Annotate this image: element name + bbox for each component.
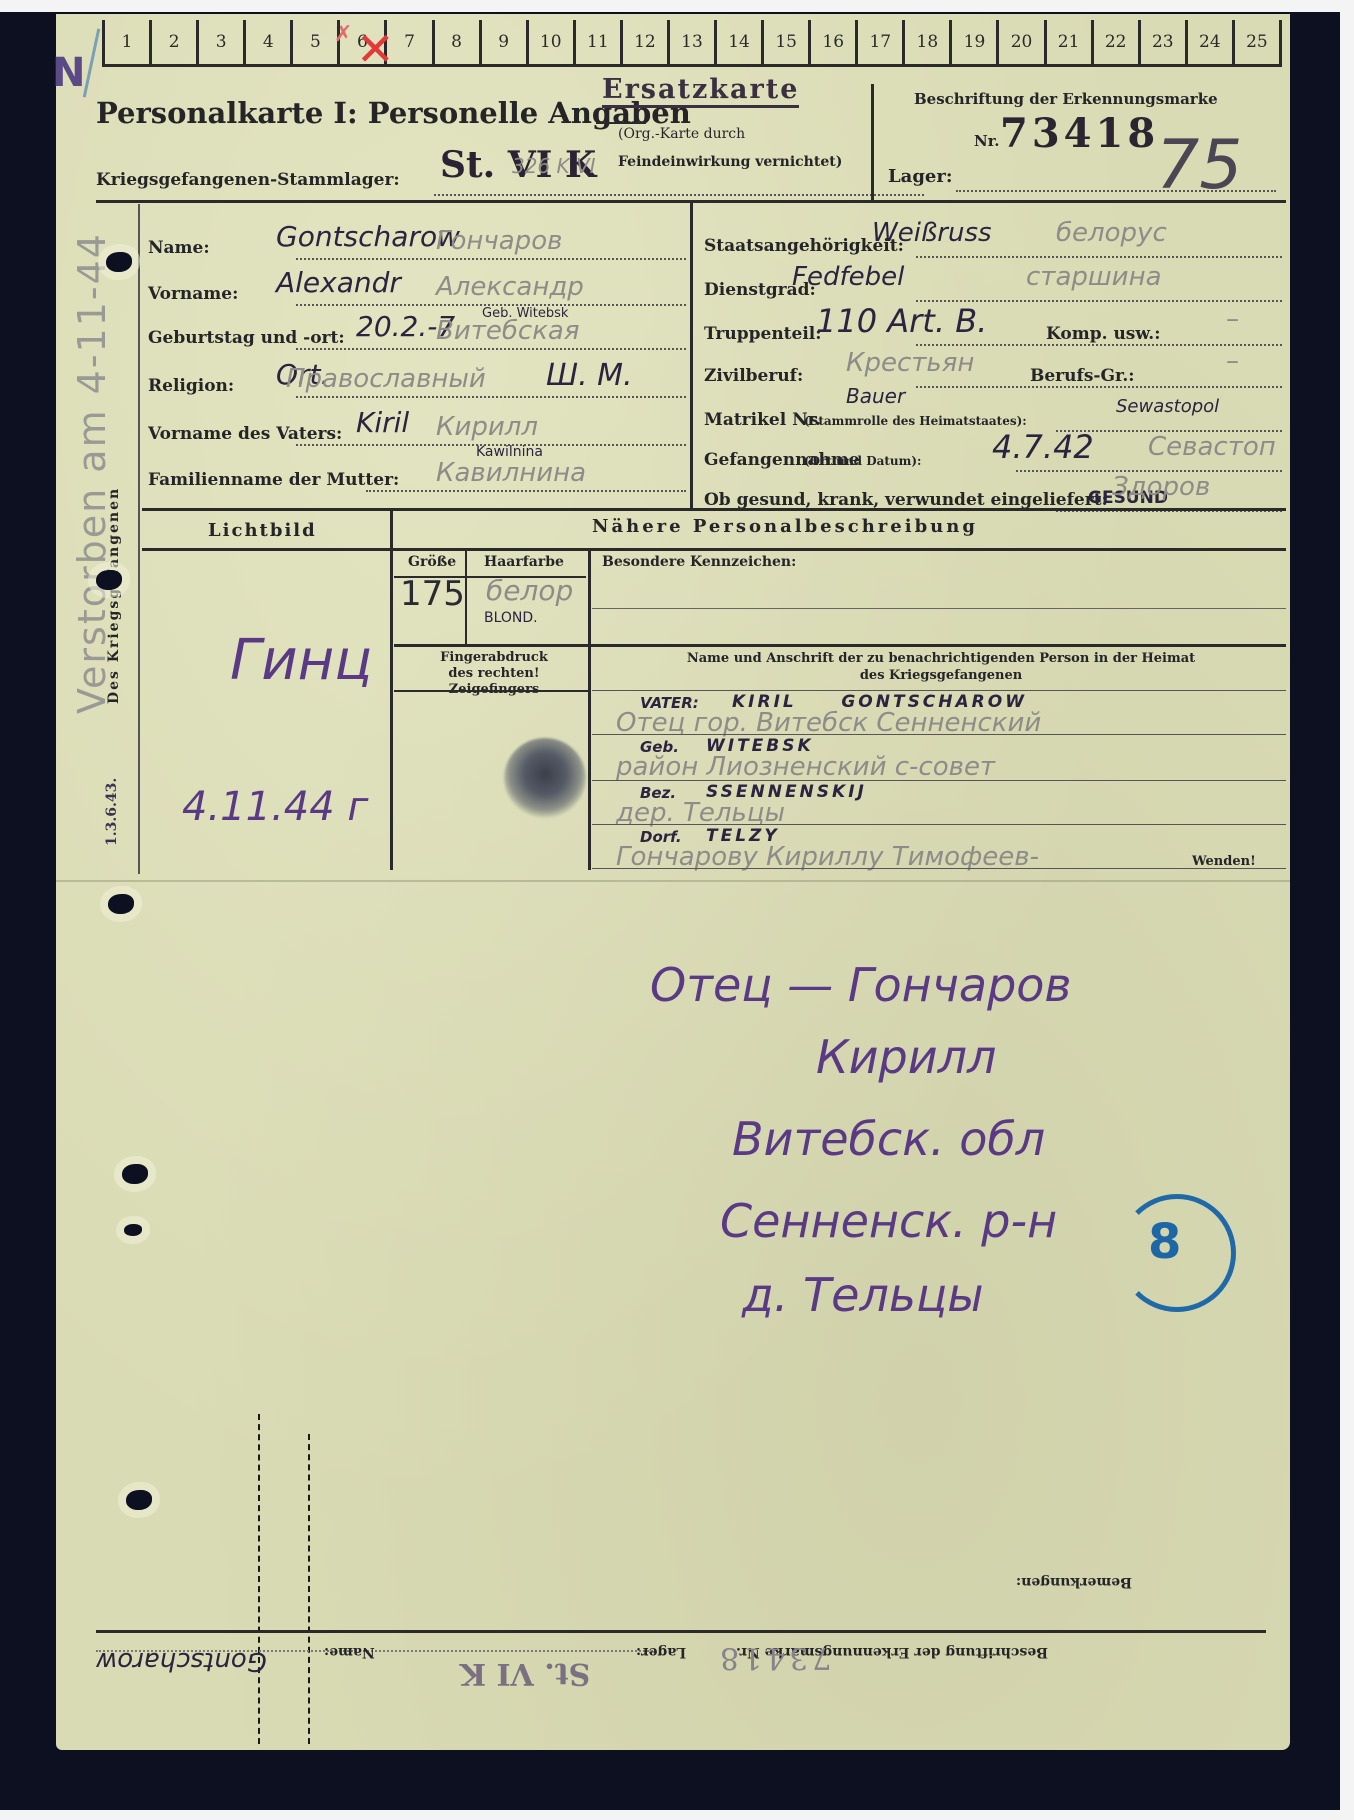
field-dotted-line	[296, 258, 686, 260]
replacement-card-stamp: Ersatzkarte	[602, 74, 799, 108]
field-dotted-line	[296, 348, 686, 350]
field-value-2: Sewastopol	[1116, 396, 1219, 417]
field-cyrillic-pencil: Кирилл	[436, 412, 538, 442]
contact-pencil-note: район Лиозненский с-совет	[616, 752, 995, 782]
field-cyrillic-pencil: старшина	[1026, 262, 1162, 292]
column-number-15: 15	[761, 20, 808, 64]
column-number-4: 4	[243, 20, 290, 64]
field-label-2: Berufs-Gr.:	[1030, 366, 1135, 386]
tag-number: 73418	[1000, 110, 1159, 157]
field-label: Zivilberuf:	[704, 366, 803, 386]
column-number-21: 21	[1044, 20, 1091, 64]
personal-data-divider	[690, 200, 693, 510]
red-pencil-mark: ✗	[334, 22, 352, 47]
address-line: Отец — Гончаров	[650, 958, 1072, 1012]
header-divider	[871, 84, 874, 200]
column-number-10: 10	[526, 20, 573, 64]
hair-label: Haarfarbe	[484, 554, 564, 570]
field-value-2: –	[1226, 346, 1239, 376]
tag-label: Beschriftung der Erkennungsmarke	[914, 90, 1218, 108]
bottom-name-label: Name:	[324, 1644, 375, 1660]
margin-rule	[138, 204, 140, 874]
field-cyrillic-pencil: белорус	[1056, 218, 1167, 248]
bottom-tag-number: 73418	[716, 1640, 831, 1675]
contact-rule	[592, 824, 1286, 825]
field-sublabel: (Stammrolle des Heimatstaates):	[804, 414, 1027, 428]
fold-line	[56, 880, 1290, 882]
fingerprint-rule	[394, 690, 588, 692]
column-number-23: 23	[1138, 20, 1185, 64]
field-label: Geburtstag und -ort:	[148, 328, 345, 348]
column-number-11: 11	[573, 20, 620, 64]
field-label: Vorname:	[148, 284, 238, 304]
scan-edge-right	[1340, 0, 1354, 1820]
photo-divider	[390, 510, 393, 870]
column-number-22: 22	[1091, 20, 1138, 64]
field-cyrillic-pencil: Севастоп	[1148, 432, 1276, 462]
card-note-2: Feindeinwirkung vernichtet)	[618, 154, 842, 170]
contact-rule	[592, 690, 1286, 691]
column-number-strip: 1234567891011121314151617181920212223242…	[102, 20, 1282, 67]
column-number-5: 5	[290, 20, 337, 64]
column-number-18: 18	[902, 20, 949, 64]
red-x-mark: ✕	[356, 22, 395, 76]
bottom-camp-stamp: St. VI K	[460, 1656, 590, 1691]
lager-handwritten: 75	[1156, 126, 1243, 205]
column-number-9: 9	[479, 20, 526, 64]
column-number-16: 16	[808, 20, 855, 64]
height-label: Größe	[408, 554, 456, 570]
field-label: Religion:	[148, 376, 234, 396]
column-number-14: 14	[714, 20, 761, 64]
vertical-label: Des Kriegsgefangenen	[106, 487, 122, 704]
column-number-25: 25	[1232, 20, 1282, 64]
description-divider	[588, 550, 591, 870]
hair-value: BLOND.	[484, 610, 538, 626]
tag-nr-label: Nr.	[974, 132, 999, 150]
column-number-1: 1	[102, 20, 149, 64]
corner-mark: N	[52, 50, 85, 96]
contact-rule	[592, 868, 1286, 869]
column-number-24: 24	[1185, 20, 1232, 64]
marks-line	[592, 608, 1286, 609]
photo-date-note: 4.11.44 г	[182, 784, 368, 830]
fingerprint-header-rule	[394, 644, 1286, 647]
personal-card: N 12345678910111213141516171819202122232…	[56, 14, 1290, 1750]
hair-cyrillic: белор	[486, 574, 573, 607]
field-dotted-line	[916, 256, 1282, 258]
bottom-name-value: Gontscharow	[96, 1646, 267, 1676]
column-number-13: 13	[667, 20, 714, 64]
field-value: Fedfebel	[792, 262, 904, 292]
column-number-3: 3	[196, 20, 243, 64]
field-label: Truppenteil:	[704, 324, 822, 344]
address-line: Сенненск. р-н	[720, 1194, 1057, 1248]
photo-header: Lichtbild	[208, 520, 317, 541]
camp-pencil-note: 326 K VI	[512, 154, 596, 178]
marks-label: Besondere Kennzeichen:	[602, 554, 796, 570]
personal-bottom-rule	[142, 508, 1286, 511]
field-extra: Geb. Witebsk	[482, 306, 568, 321]
column-number-19: 19	[949, 20, 996, 64]
column-number-8: 8	[432, 20, 479, 64]
column-number-2: 2	[149, 20, 196, 64]
field-cyrillic-pencil: Александр	[436, 272, 584, 302]
field-value: Alexandr	[276, 266, 401, 299]
scan-edge-top	[0, 0, 1354, 12]
punch-hole	[108, 894, 134, 914]
field-extra: Ш. М.	[546, 358, 633, 393]
field-label-2: Komp. usw.:	[1046, 324, 1161, 344]
contact-rule	[592, 780, 1286, 781]
field-value: 4.7.42	[992, 428, 1094, 466]
field-cyrillic-pencil: Кавилнина	[436, 458, 586, 488]
punch-hole	[96, 570, 122, 590]
field-dotted-line	[916, 386, 1282, 388]
address-line: Кирилл	[816, 1030, 996, 1084]
field-label: Vorname des Vaters:	[148, 424, 342, 444]
punch-hole	[122, 1164, 148, 1184]
print-date: 1.3.6.43.	[104, 778, 120, 846]
contact-header-2: des Kriegsgefangenen	[596, 667, 1286, 684]
punch-hole	[106, 252, 132, 272]
field-value: 110 Art. B.	[816, 302, 987, 340]
field-label: Name:	[148, 238, 210, 258]
field-label: Ob gesund, krank, verwundet eingeliefert…	[704, 490, 1108, 510]
tear-mark	[308, 1434, 310, 1744]
field-value: Bauer	[846, 384, 905, 408]
fingerprint-label-2: des rechten! Zeigefingers	[404, 666, 584, 698]
field-dotted-line	[366, 490, 686, 492]
blue-stamp-number: 8	[1148, 1214, 1181, 1270]
field-cyrillic-pencil: Крестьян	[846, 348, 974, 378]
lager-label: Lager:	[888, 166, 953, 187]
remarks-label: Bemerkungen:	[1016, 1574, 1132, 1590]
fingerprint-label-1: Fingerabdruck	[404, 650, 584, 666]
column-number-20: 20	[996, 20, 1043, 64]
field-value: Weißruss	[872, 218, 992, 248]
height-hair-divider	[465, 550, 467, 646]
section-header-rule	[142, 548, 1286, 551]
field-value: Kiril	[356, 406, 409, 439]
field-value-2: –	[1226, 304, 1239, 334]
contact-rule	[592, 734, 1286, 735]
address-line: д. Тельцы	[742, 1268, 984, 1322]
contact-header-1: Name und Anschrift der zu benachrichtige…	[596, 650, 1286, 667]
field-value: Gontscharow	[276, 220, 460, 253]
column-number-12: 12	[620, 20, 667, 64]
height-value: 175	[400, 574, 465, 614]
camp-label: Kriegsgefangenen-Stammlager:	[96, 170, 400, 190]
contact-header: Name und Anschrift der zu benachrichtige…	[596, 650, 1286, 684]
punch-hole	[124, 1224, 142, 1236]
card-note-1: (Org.-Karte durch	[618, 126, 745, 142]
address-line: Витебск. обл	[732, 1112, 1045, 1166]
fingerprint-impression	[504, 738, 586, 818]
field-cyrillic-pencil: Здоров	[1112, 472, 1210, 502]
title-rule	[596, 122, 646, 124]
photo-signature: Гинц	[230, 628, 372, 693]
bottom-lager-label: Lager:	[636, 1644, 686, 1660]
turn-over-note: Wenden!	[1192, 854, 1256, 869]
column-number-17: 17	[855, 20, 902, 64]
tear-mark	[258, 1414, 260, 1744]
field-cyrillic-pencil: Гончаров	[436, 226, 562, 256]
scan-edge-bottom	[0, 1810, 1354, 1820]
camp-dotted-line	[434, 194, 924, 196]
field-sublabel: (Ort und Datum):	[804, 454, 921, 468]
field-label: Familienname der Mutter:	[148, 470, 399, 490]
field-cyrillic-pencil: Православный	[286, 364, 486, 394]
field-dotted-line	[296, 396, 686, 398]
bottom-rule	[96, 1630, 1266, 1633]
description-header: Nähere Personalbeschreibung	[592, 516, 978, 537]
punch-hole	[126, 1490, 152, 1510]
